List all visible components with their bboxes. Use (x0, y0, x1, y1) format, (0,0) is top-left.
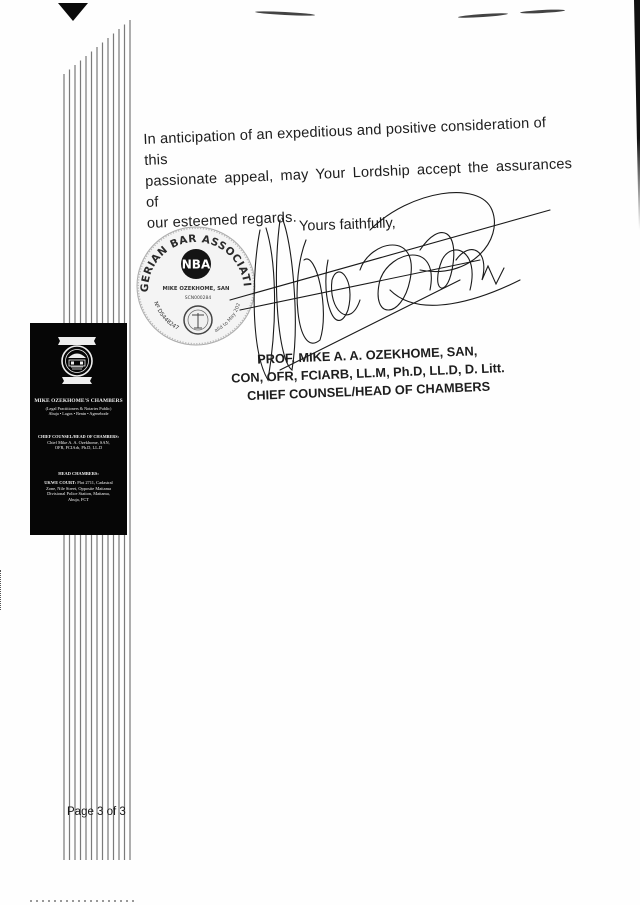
chambers-crest-icon (54, 331, 100, 385)
address-line: Abuja, FCT (33, 497, 124, 503)
counsel-heading: CHIEF COUNSEL/HEAD OF CHAMBERS: (32, 434, 125, 439)
scan-mark (0, 570, 5, 610)
nba-seal-icon: NIGERIAN BAR ASSOCIATION Nº DS448247 Val… (134, 224, 258, 348)
address-line: Plot 2711, Cadastral (77, 480, 113, 485)
svg-text:MIKE OZEKHOME, SAN: MIKE OZEKHOME, SAN (163, 286, 230, 292)
complimentary-close: Yours faithfully, (299, 215, 396, 234)
scan-edge-shadow (634, 0, 640, 230)
letter-page: MIKE OZEKHOME'S CHAMBERS (Legal Practiti… (0, 0, 640, 905)
scan-smudge (520, 9, 565, 14)
counsel-name: Chief Mike A. A. Ozekhome, SAN, OFR, FCI… (32, 440, 125, 451)
scan-smudge (458, 12, 508, 18)
letterhead-sidebar: MIKE OZEKHOME'S CHAMBERS (Legal Practiti… (30, 323, 127, 535)
scan-smudge (255, 10, 315, 16)
head-chambers-address: UKWE COURT: Plot 2711, Cadastral Zone, N… (33, 480, 124, 502)
address-label: UKWE COURT: (44, 480, 76, 485)
signatory-block: PROF. MIKE A. A. OZEKHOME, SAN, CON, OFR… (222, 341, 514, 406)
firm-locations: Abuja • Lagos • Benin • Agenebode (32, 411, 125, 416)
counsel-line: OFR, FCIArb, Ph.D, LL.D (32, 445, 125, 450)
scan-dots (28, 900, 138, 902)
head-chambers-heading: HEAD CHAMBERS: (32, 471, 125, 476)
svg-text:SCN000284: SCN000284 (185, 295, 212, 301)
firm-name: MIKE OZEKHOME'S CHAMBERS (32, 398, 125, 404)
svg-text:NBA: NBA (182, 258, 211, 272)
firm-subtitle: (Legal Practitioners & Notaries Public) … (32, 406, 125, 416)
page-number: Page 3 of 3 (67, 806, 126, 818)
